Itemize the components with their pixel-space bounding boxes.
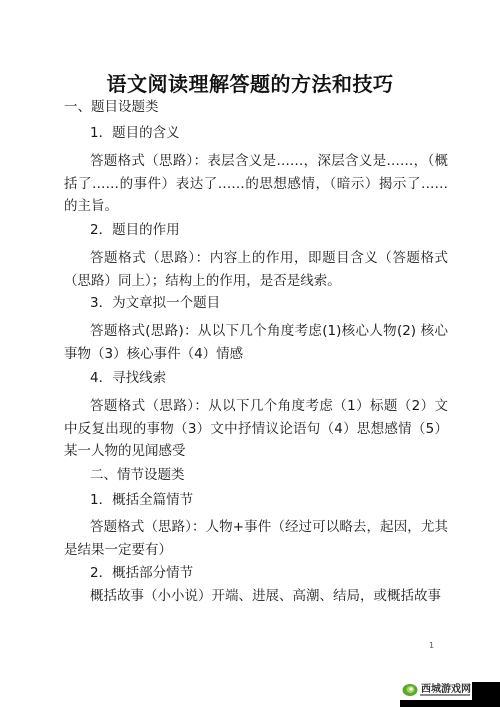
document-title: 语文阅读理解答题的方法和技巧 <box>0 68 500 97</box>
section-heading-2: 二、情节设题类 <box>90 464 470 486</box>
item-body-1-4: 答题格式（思路）：从以下几个角度考虑（1）标题（2）文中反复出现的事物（3）文中… <box>64 395 448 463</box>
item-heading-1-4: 4．寻找线索 <box>90 367 470 389</box>
green-leaf-logo-icon <box>402 683 418 697</box>
item-heading-1-1: 1．题目的含义 <box>90 122 470 144</box>
item-body-1-1: 答题格式（思路）：表层含义是……，深层含义是……，（概括了……的事件）表达了……… <box>64 150 448 218</box>
watermark-subtext-line <box>420 694 470 696</box>
item-body-2-1: 答题格式（思路）：人物+事件（经过可以略去，起因，尤其是结果一定要有） <box>64 516 448 561</box>
item-heading-1-2: 2．题目的作用 <box>90 219 470 241</box>
item-heading-2-2: 2．概括部分情节 <box>90 562 470 584</box>
black-bottom-strip <box>400 700 500 707</box>
section-heading-1: 一、题目设题类 <box>64 96 444 118</box>
item-body-1-3: 答题格式(思路)：从以下几个角度考虑(1)核心人物(2) 核心事物（3）核心事件… <box>64 320 448 365</box>
item-heading-1-3: 3．为文章拟一个题目 <box>90 292 470 314</box>
item-heading-2-1: 1．概括全篇情节 <box>90 489 470 511</box>
watermark: 西城游戏网 <box>400 680 472 700</box>
item-body-1-2: 答题格式（思路）：内容上的作用，即题目含义（答题格式（思路）同上）；结构上的作用… <box>64 247 448 292</box>
item-body-2-2: 概括故事（小小说）开端、进展、高潮、结局，或概括故事 <box>64 585 448 608</box>
page-number: 1 <box>429 641 434 650</box>
